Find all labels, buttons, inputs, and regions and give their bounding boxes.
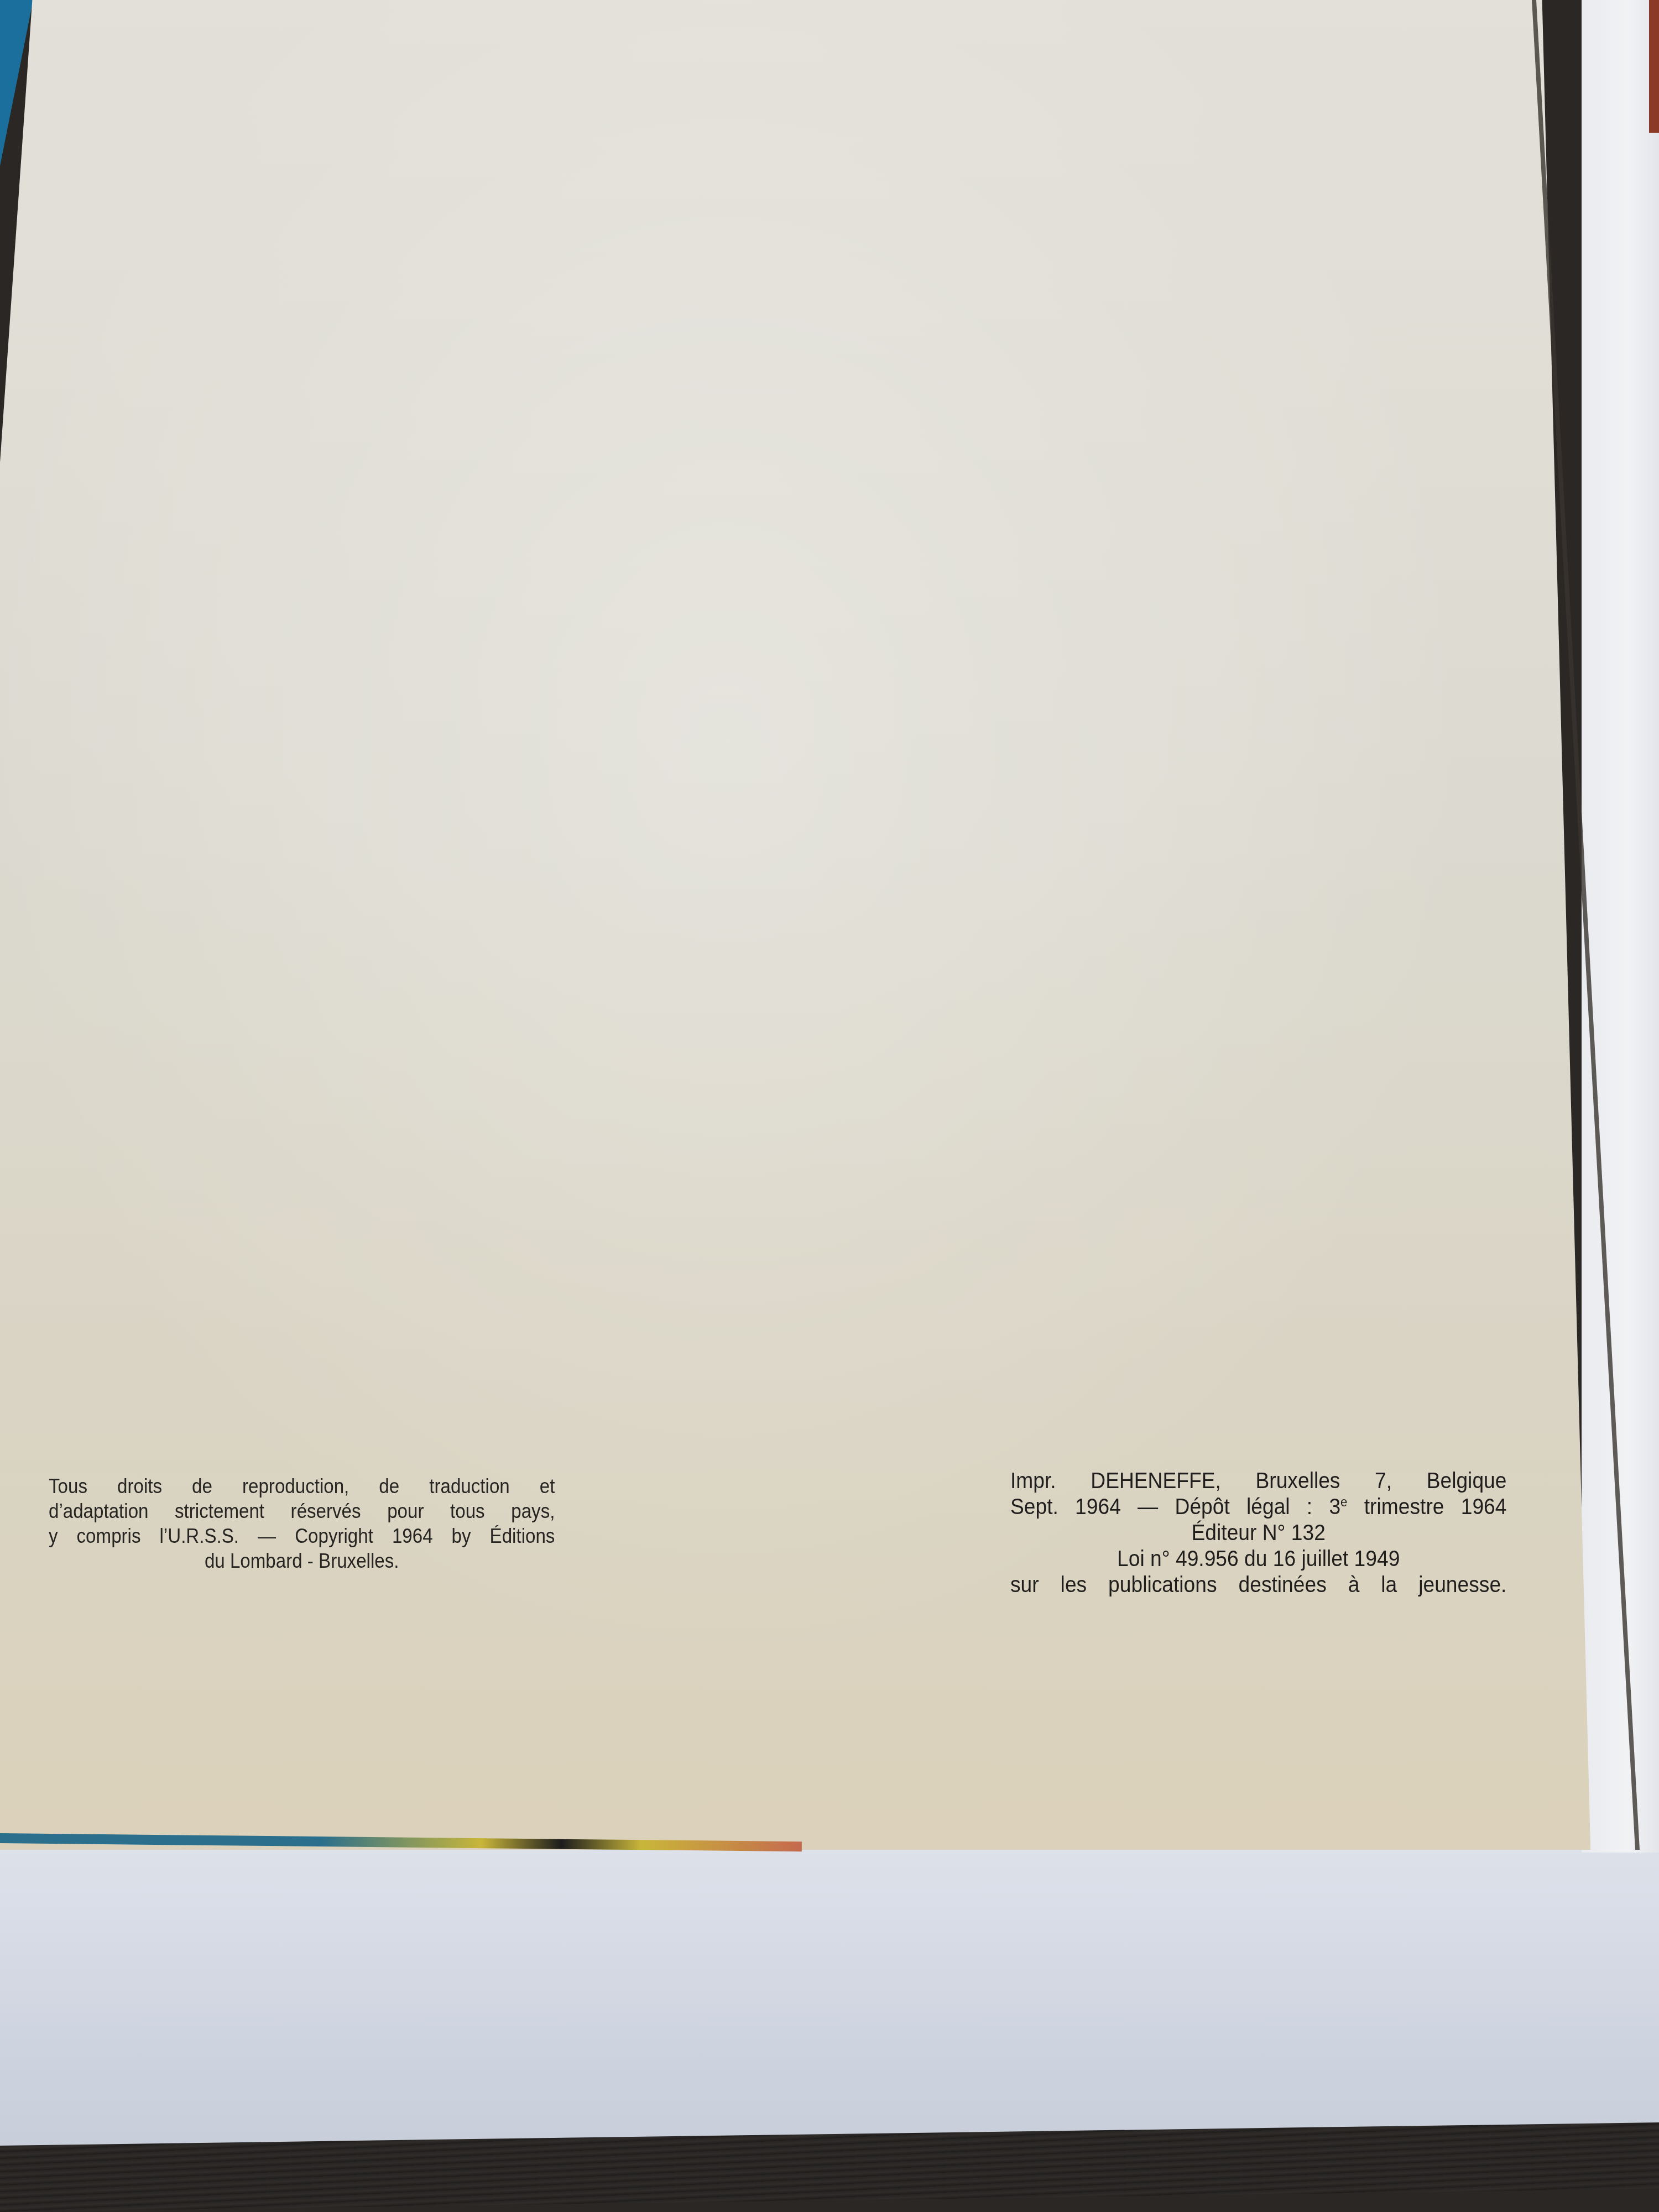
rights-notice: Tous droits de reproduction, de traducti…	[49, 1474, 555, 1573]
rights-notice-line: y compris l’U.R.S.S. — Copyright 1964 by…	[49, 1524, 555, 1548]
legal-deposit-text-end: trimestre 1964	[1348, 1495, 1507, 1519]
youth-publications-line: sur les publications destinées à la jeun…	[1010, 1572, 1506, 1598]
rights-notice-line: Tous droits de reproduction, de traducti…	[49, 1474, 555, 1499]
ordinal-suffix: e	[1340, 1495, 1347, 1510]
law-reference-line: Loi n° 49.956 du 16 juillet 1949	[1010, 1546, 1506, 1572]
rights-notice-line: du Lombard - Bruxelles.	[49, 1548, 555, 1573]
publisher-number-line: Éditeur N° 132	[1010, 1520, 1506, 1546]
table-surface	[0, 1819, 1659, 2173]
cover-corner	[1649, 0, 1659, 133]
legal-deposit-line: Sept. 1964 — Dépôt légal : 3e trimestre …	[1010, 1494, 1506, 1520]
printer-line: Impr. DEHENEFFE, Bruxelles 7, Belgique	[1010, 1468, 1506, 1494]
printer-notice: Impr. DEHENEFFE, Bruxelles 7, Belgique S…	[1010, 1468, 1506, 1598]
legal-deposit-text: Sept. 1964 — Dépôt légal : 3	[1010, 1495, 1340, 1519]
rights-notice-line: d’adaptation strictement réservés pour t…	[49, 1499, 555, 1524]
